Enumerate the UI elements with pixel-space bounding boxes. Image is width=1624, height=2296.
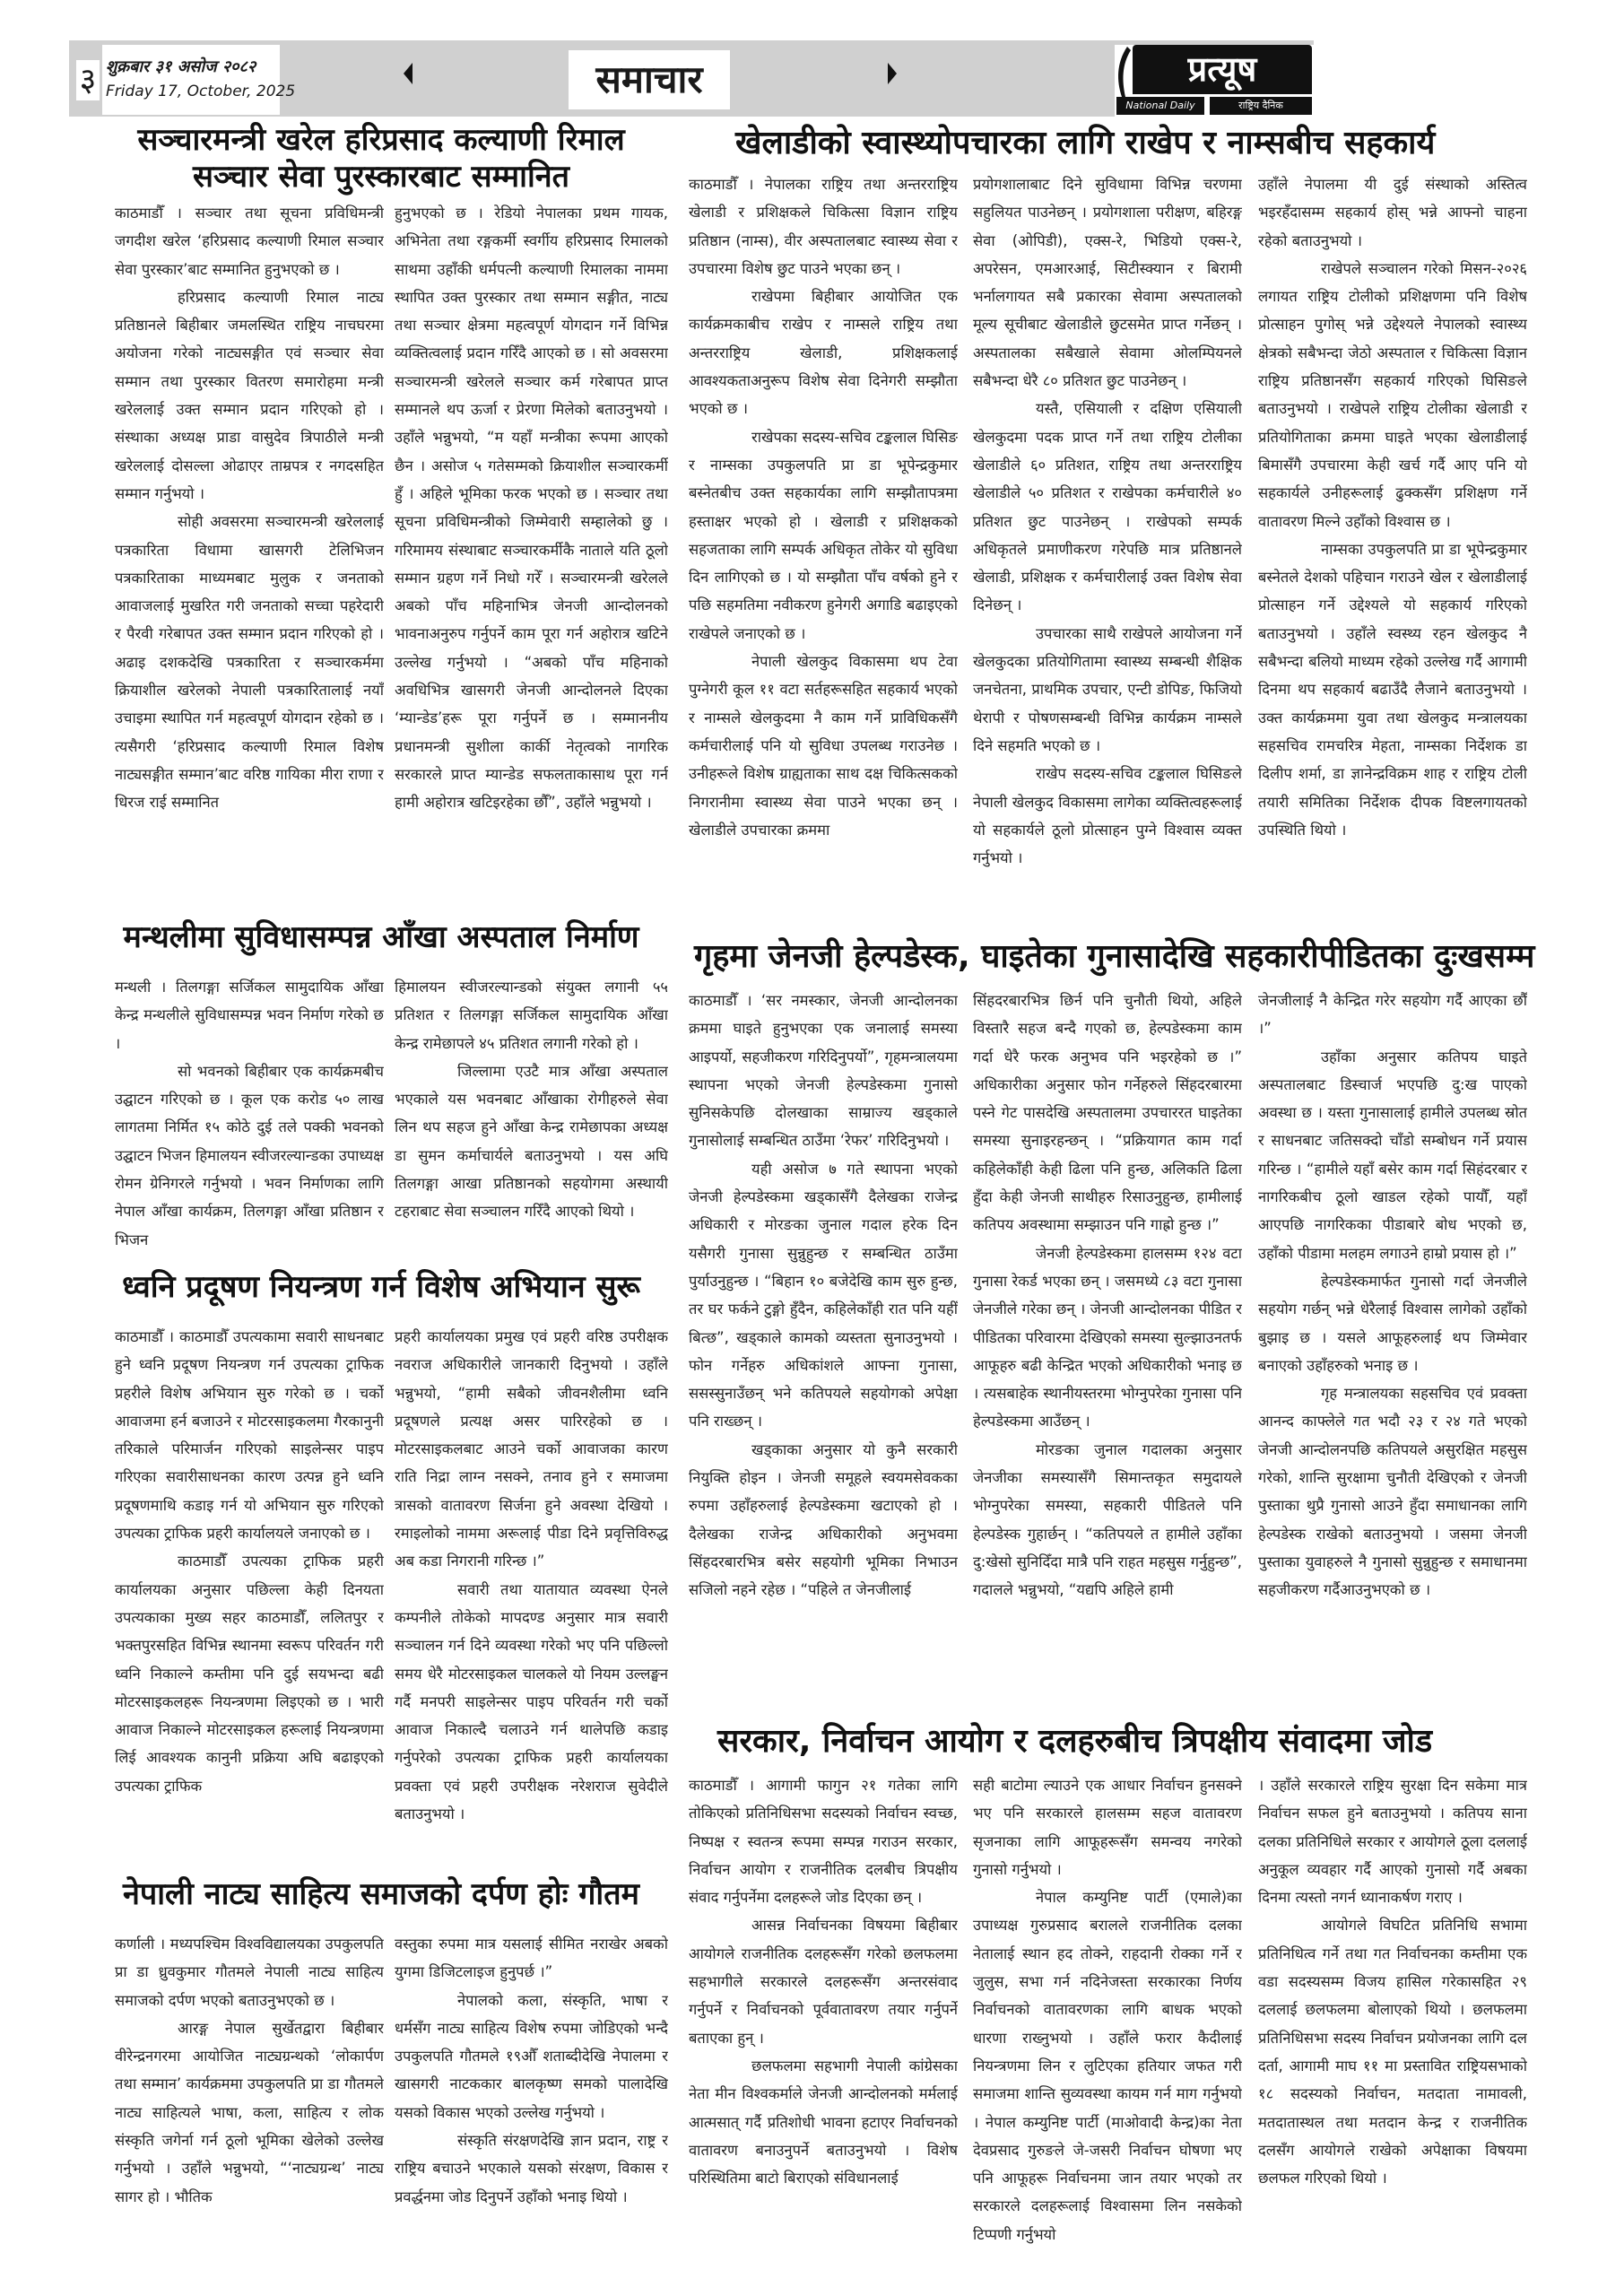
triangle-right-icon [888, 63, 897, 84]
article-column: काठमाडौँ । आगामी फागुन २१ गतेका लागि तोक… [689, 1771, 958, 2247]
paragraph: आसन्न निर्वाचनका विषयमा बिहीबार आयोगले र… [689, 1911, 958, 2051]
headline-line: सञ्चारमन्त्री खरेल हरिप्रसाद कल्याणी रिम… [90, 122, 673, 159]
headline-line: ध्वनि प्रदूषण नियन्त्रण गर्न विशेष अभिया… [90, 1269, 673, 1306]
paragraph: छलफलमा सहभागी नेपाली कांग्रेसका नेता मीन… [689, 2052, 958, 2192]
paragraph: उहाँले नेपालमा यी दुई संस्थाको अस्तित्व … [1258, 170, 1527, 255]
paragraph: काठमाडौँ । नेपालका राष्ट्रिय तथा अन्तररा… [689, 170, 958, 283]
paragraph: नेपाल कम्युनिष्ट पार्टी (एमाले)का उपाध्य… [973, 1883, 1242, 2247]
section-title: समाचार [569, 50, 729, 109]
paragraph: काठमाडौँ । काठमाडौँ उपत्यकामा सवारी साधन… [115, 1323, 384, 1547]
headline-line: सरकार, निर्वाचन आयोग र दलहरुबीच त्रिपक्ष… [717, 1722, 1623, 1761]
paragraph: राखेपमा बिहीबार आयोजित एक कार्यक्रमकाबीच… [689, 283, 958, 422]
article-column: सही बाटोमा ल्याउने एक आधार निर्वाचन हुनस… [973, 1771, 1242, 2247]
paragraph: गृह मन्त्रालयका सहसचिव एवं प्रवक्ता आनन्… [1258, 1379, 1527, 1604]
article-column: उहाँले नेपालमा यी दुई संस्थाको अस्तित्व … [1258, 170, 1527, 928]
logo-name: प्रत्यूष [1133, 45, 1312, 94]
paragraph: जेनजीलाई नै केन्द्रित गरेर सहयोग गर्दै आ… [1258, 987, 1527, 1043]
article-column: हिमालयन स्वीजरल्यान्डको संयुक्त लगानी ५५… [395, 973, 668, 1265]
paragraph: मन्थली । तिलगङ्गा सर्जिकल सामुदायिक आँखा… [115, 973, 384, 1057]
paragraph: यही असोज ७ गते स्थापना भएको जेनजी हेल्पड… [689, 1155, 958, 1436]
paragraph: खड्काका अनुसार यो कुनै सरकारी नियुक्ति ह… [689, 1436, 958, 1605]
paragraph: प्रयोगशालाबाट दिने सुविधामा विभिन्न चरणम… [973, 170, 1242, 395]
paragraph: आयोगले विघटित प्रतिनिधि सभामा प्रतिनिधित… [1258, 1911, 1527, 2192]
newspaper-logo: प्रत्यूष National Daily राष्ट्रिय दैनिक [1115, 45, 1314, 117]
paragraph: काठमाडौँ । आगामी फागुन २१ गतेका लागि तोक… [689, 1771, 958, 1911]
paragraph: राखेपका सदस्य-सचिव टङ्कलाल घिसिङ र नाम्स… [689, 423, 958, 648]
article-column: वस्तुका रुपमा मात्र यसलाई सीमित नराखेर अ… [395, 1930, 668, 2262]
paragraph: सो भवनको बिहीबार एक कार्यक्रमबीच उद्घाटन… [115, 1057, 384, 1254]
article-headline: ध्वनि प्रदूषण नियन्त्रण गर्न विशेष अभिया… [90, 1269, 673, 1306]
article-column: सिंहदरबारभित्र छिर्न पनि चुनौती थियो, अह… [973, 987, 1242, 1718]
headline-line: नेपाली नाट्य साहित्य समाजको दर्पण होः गौ… [90, 1876, 673, 1913]
paragraph: हेल्पडेस्कमार्फत गुनासो गर्दा जेनजीले सह… [1258, 1267, 1527, 1379]
paragraph: प्रहरी कार्यालयका प्रमुख एवं प्रहरी वरिष… [395, 1323, 668, 1576]
paragraph: नेपालको कला, संस्कृति, भाषा र धर्मसँग ना… [395, 1987, 668, 2126]
paragraph: यस्तै, एसियाली र दक्षिण एसियाली खेलकुदमा… [973, 395, 1242, 619]
paragraph: सोही अवसरमा सञ्चारमन्त्री खरेललाई पत्रका… [115, 508, 384, 816]
headline-line: सञ्चार सेवा पुरस्कारबाट सम्मानित [90, 159, 673, 196]
headline-line: खेलाडीको स्वास्थ्योपचारका लागि राखेप र न… [735, 124, 1623, 162]
triangle-left-icon [404, 63, 413, 84]
article-column: हुनुभएको छ । रेडियो नेपालका प्रथम गायक, … [395, 199, 668, 917]
paragraph: सही बाटोमा ल्याउने एक आधार निर्वाचन हुनस… [973, 1771, 1242, 1883]
feather-icon [1115, 45, 1133, 99]
paragraph: सवारी तथा यातायात व्यवस्था ऐनले कम्पनीले… [395, 1576, 668, 1829]
article-column: जेनजीलाई नै केन्द्रित गरेर सहयोग गर्दै आ… [1258, 987, 1527, 1718]
article-column: प्रयोगशालाबाट दिने सुविधामा विभिन्न चरणम… [973, 170, 1242, 928]
headline-line: मन्थलीमा सुविधासम्पन्न आँखा अस्पताल निर्… [90, 919, 673, 956]
logo-tagline-np: राष्ट्रिय दैनिक [1210, 97, 1312, 115]
logo-tagline-en: National Daily [1116, 97, 1204, 115]
paragraph: वस्तुका रुपमा मात्र यसलाई सीमित नराखेर अ… [395, 1930, 668, 1987]
headline-line: गृहमा जेनजी हेल्पडेस्क, घाइतेका गुनासादे… [694, 937, 1623, 976]
paragraph: हरिप्रसाद कल्याणी रिमाल नाट्य प्रतिष्ठान… [115, 283, 384, 508]
paragraph: संस्कृति संरक्षणदेखि ज्ञान प्रदान, राष्ट… [395, 2126, 668, 2211]
article-headline: सरकार, निर्वाचन आयोग र दलहरुबीच त्रिपक्ष… [682, 1722, 1623, 1761]
article-headline: गृहमा जेनजी हेल्पडेस्क, घाइतेका गुनासादे… [682, 937, 1623, 976]
article-headline: मन्थलीमा सुविधासम्पन्न आँखा अस्पताल निर्… [90, 919, 673, 956]
paragraph: कर्णाली । मध्यपश्चिम विश्वविद्यालयका उपक… [115, 1930, 384, 2014]
paragraph: नेपाली खेलकुद विकासमा थप टेवा पुग्नेगरी … [689, 648, 958, 844]
article-column: । उहाँले सरकारले राष्ट्रिय सुरक्षा दिन स… [1258, 1771, 1527, 2247]
paragraph: काठमाडौँ । ‘सर नमस्कार, जेनजी आन्दोलनका … [689, 987, 958, 1155]
date-nepali: शुक्रबार ३१ असोज २०८२ [106, 56, 256, 77]
paragraph: नाम्सका उपकुलपति प्रा डा भूपेन्द्रकुमार … [1258, 535, 1527, 844]
article-headline: सञ्चारमन्त्री खरेल हरिप्रसाद कल्याणी रिम… [90, 122, 673, 196]
page-number: ३ [76, 60, 100, 100]
paragraph: । उहाँले सरकारले राष्ट्रिय सुरक्षा दिन स… [1258, 1771, 1527, 1911]
article-column: मन्थली । तिलगङ्गा सर्जिकल सामुदायिक आँखा… [115, 973, 384, 1265]
paragraph: जेनजी हेल्पडेस्कमा हालसम्म १२४ वटा गुनास… [973, 1239, 1242, 1436]
paragraph: उहाँका अनुसार कतिपय घाइते अस्पतालबाट डिस… [1258, 1043, 1527, 1267]
article-headline: नेपाली नाट्य साहित्य समाजको दर्पण होः गौ… [90, 1876, 673, 1913]
paragraph: काठमाडौँ उपत्यका ट्राफिक प्रहरी कार्यालय… [115, 1547, 384, 1800]
article-column: कर्णाली । मध्यपश्चिम विश्वविद्यालयका उपक… [115, 1930, 384, 2262]
paragraph: आरङ्ग नेपाल सुर्खेतद्वारा बिहीबार वीरेन्… [115, 2014, 384, 2211]
paragraph: राखेपले सञ्चालन गरेको मिसन-२०२६ लगायत रा… [1258, 255, 1527, 535]
paragraph: जिल्लामा एउटै मात्र आँखा अस्पताल भएकाले … [395, 1057, 668, 1226]
paragraph: मोरङका जुनाल गदालका अनुसार जेनजीका समस्य… [973, 1436, 1242, 1605]
article-column: काठमाडौँ । काठमाडौँ उपत्यकामा सवारी साधन… [115, 1323, 384, 1870]
paragraph: हिमालयन स्वीजरल्यान्डको संयुक्त लगानी ५५… [395, 973, 668, 1057]
article-column: काठमाडौँ । सञ्चार तथा सूचना प्रविधिमन्त्… [115, 199, 384, 917]
paragraph: राखेप सदस्य-सचिव टङ्कलाल घिसिङले नेपाली … [973, 760, 1242, 872]
paragraph: हुनुभएको छ । रेडियो नेपालका प्रथम गायक, … [395, 199, 668, 817]
paragraph: काठमाडौँ । सञ्चार तथा सूचना प्रविधिमन्त्… [115, 199, 384, 283]
paragraph: उपचारका साथै राखेपले आयोजना गर्ने खेलकुद… [973, 620, 1242, 760]
section-title-wrap: समाचार [413, 50, 886, 109]
article-column: काठमाडौँ । ‘सर नमस्कार, जेनजी आन्दोलनका … [689, 987, 958, 1718]
date-english: Friday 17, October, 2025 [106, 83, 295, 100]
article-column: प्रहरी कार्यालयका प्रमुख एवं प्रहरी वरिष… [395, 1323, 668, 1870]
paragraph: सिंहदरबारभित्र छिर्न पनि चुनौती थियो, अह… [973, 987, 1242, 1239]
article-headline: खेलाडीको स्वास्थ्योपचारका लागि राखेप र न… [682, 124, 1623, 162]
article-column: काठमाडौँ । नेपालका राष्ट्रिय तथा अन्तररा… [689, 170, 958, 928]
